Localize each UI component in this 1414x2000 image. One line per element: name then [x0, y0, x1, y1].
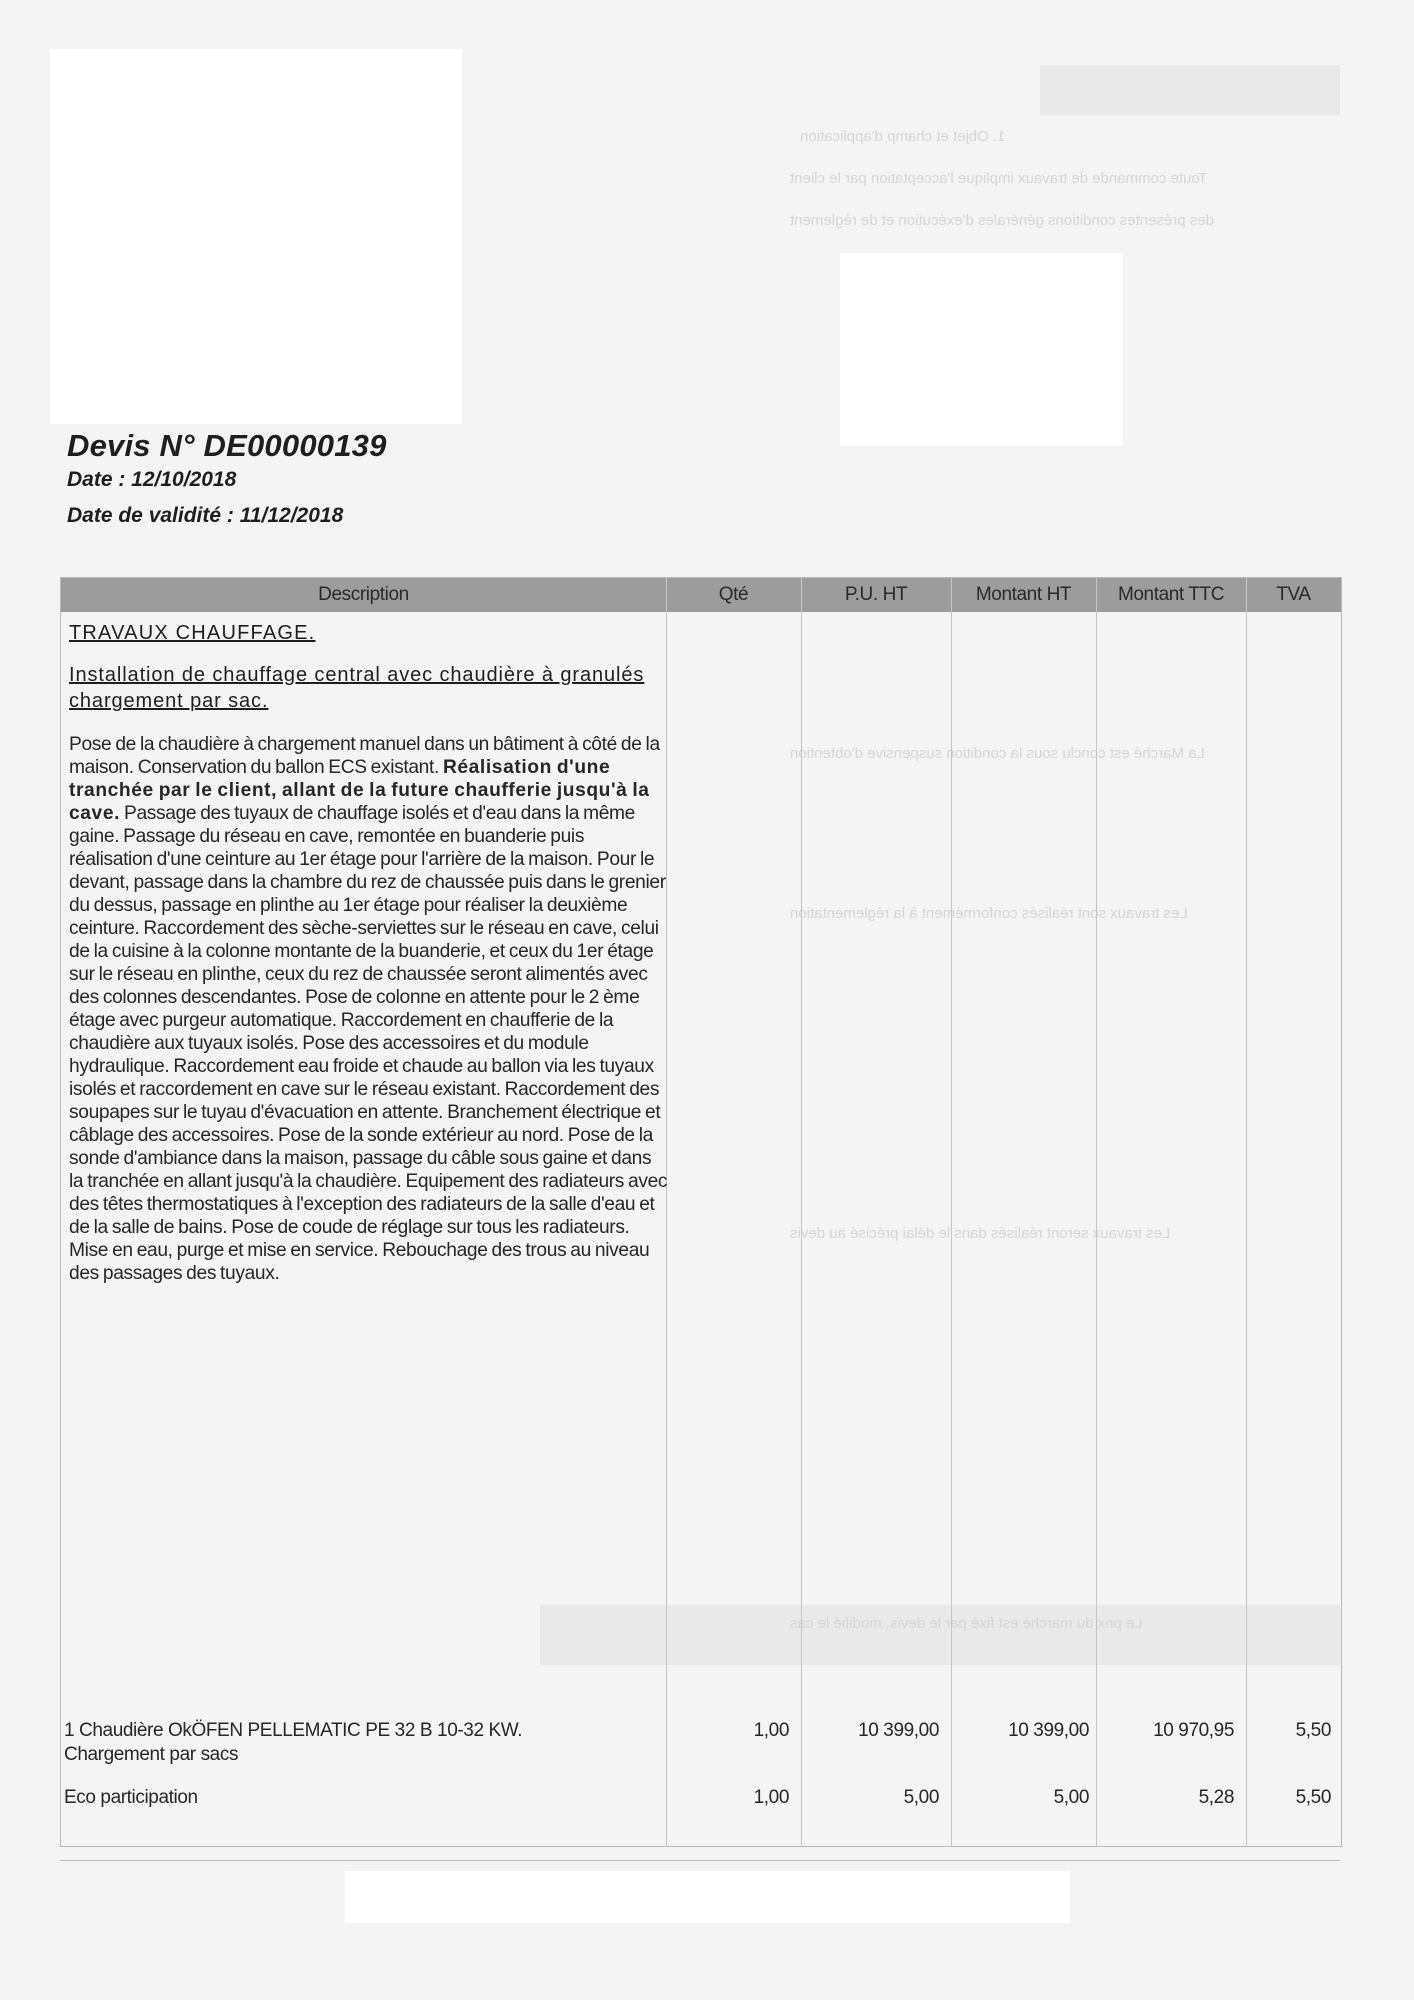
bottom-divider	[60, 1860, 1340, 1861]
row-tva: 5,50	[1246, 1786, 1331, 1810]
row-description: 1 Chaudière OkÖFEN PELLEMATIC PE 32 B 10…	[64, 1719, 664, 1767]
column-divider	[951, 578, 952, 1846]
bleed-through-text: 1. Objet et champ d'application	[800, 128, 1006, 145]
table-header: Description Qté P.U. HT Montant HT Monta…	[61, 578, 1341, 612]
row-amount-ht: 5,00	[951, 1786, 1089, 1810]
work-description-part2: Passage des tuyaux de chauffage isolés e…	[69, 803, 667, 1284]
row-quantity: 1,00	[666, 1786, 789, 1810]
header-quantity: Qté	[666, 578, 801, 612]
row-amount-ht: 10 399,00	[951, 1719, 1089, 1743]
row-unit-price-ht: 10 399,00	[801, 1719, 939, 1743]
quote-number: Devis N° DE00000139	[67, 428, 387, 464]
bleed-through-text: Toute commande de travaux implique l'acc…	[790, 170, 1207, 187]
bleed-through-text: des présentes conditions générales d'exé…	[790, 212, 1214, 229]
document-header: Devis N° DE00000139 Date : 12/10/2018 Da…	[67, 428, 387, 528]
quote-validity-date: Date de validité : 11/12/2018	[67, 504, 387, 528]
header-tva: TVA	[1246, 578, 1341, 612]
header-amount-ht: Montant HT	[951, 578, 1096, 612]
redacted-footer	[345, 1871, 1070, 1923]
row-unit-price-ht: 5,00	[801, 1786, 939, 1810]
work-description: Pose de la chaudière à chargement manuel…	[69, 733, 669, 1285]
header-unit-price-ht: P.U. HT	[801, 578, 951, 612]
row-description-line2: Chargement par sacs	[64, 1743, 664, 1767]
header-description: Description	[61, 578, 666, 612]
row-amount-ttc: 5,28	[1096, 1786, 1234, 1810]
quote-table: Description Qté P.U. HT Montant HT Monta…	[60, 577, 1342, 1847]
redacted-logo-area	[50, 49, 462, 424]
column-divider	[1096, 578, 1097, 1846]
bleed-through-band	[1040, 65, 1340, 115]
column-divider	[1246, 578, 1247, 1846]
row-amount-ttc: 10 970,95	[1096, 1719, 1234, 1743]
row-tva: 5,50	[1246, 1719, 1331, 1743]
row-description-line1: 1 Chaudière OkÖFEN PELLEMATIC PE 32 B 10…	[64, 1719, 664, 1743]
row-quantity: 1,00	[666, 1719, 789, 1743]
quote-date: Date : 12/10/2018	[67, 468, 387, 492]
section-title: TRAVAUX CHAUFFAGE.	[69, 622, 315, 645]
column-divider	[801, 578, 802, 1846]
redacted-client-address	[840, 253, 1123, 446]
row-description-line1: Eco participation	[64, 1786, 664, 1810]
header-amount-ttc: Montant TTC	[1096, 578, 1246, 612]
row-description: Eco participation	[64, 1786, 664, 1810]
section-subtitle: Installation de chauffage central avec c…	[69, 662, 669, 714]
